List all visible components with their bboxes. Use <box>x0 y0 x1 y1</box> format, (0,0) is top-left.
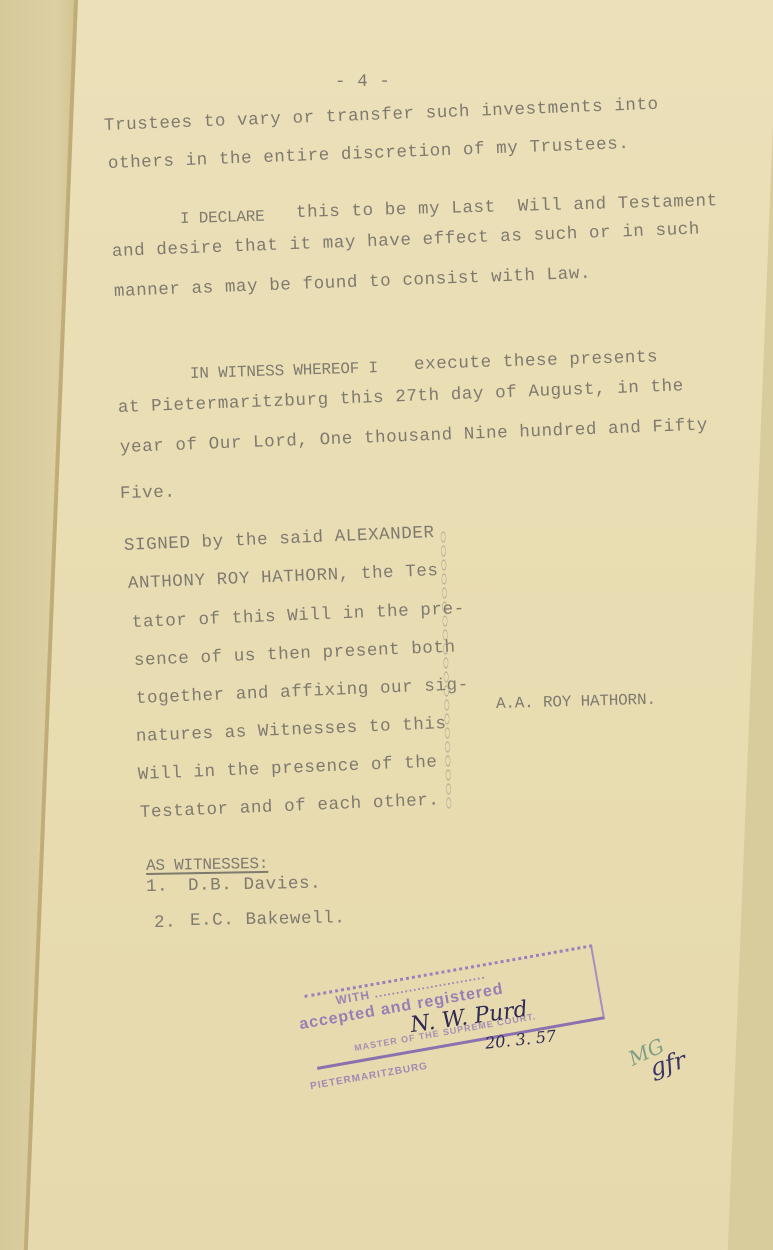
attestation-line: together and affixing our sig- <box>136 675 470 709</box>
attestation-line: tator of this Will in the pre- <box>132 599 466 633</box>
testator-signature: A.A. ROY HATHORN. <box>496 691 656 713</box>
document-content: - 4 - Trustees to vary or transfer such … <box>0 0 773 1250</box>
brace-chain-divider <box>436 530 456 810</box>
declaration-lead: I DECLARE <box>180 208 265 228</box>
attestation-line: ANTHONY ROY HATHORN, the Tes <box>128 561 439 594</box>
witness-2-number: 2. <box>154 913 177 933</box>
witness-clause-lead: IN WITNESS WHEREOF I <box>190 359 379 383</box>
body-line: Five. <box>120 483 176 504</box>
body-line: year of Our Lord, One thousand Nine hund… <box>120 415 709 458</box>
witnesses-heading: AS WITNESSES: <box>146 855 269 875</box>
body-line: manner as may be found to consist with L… <box>114 264 592 302</box>
witness-1-name: D.B. Davies. <box>188 874 322 896</box>
body-line: others in the entire discretion of my Tr… <box>108 134 630 174</box>
body-line: execute these presents <box>414 347 659 375</box>
body-line: this to be my Last Will and Testament <box>296 191 718 223</box>
attestation-line: natures as Witnesses to this <box>136 714 447 747</box>
page-number: - 4 - <box>335 72 391 92</box>
body-line: Trustees to vary or transfer such invest… <box>104 95 659 136</box>
witness-2-name: E.C. Bakewell. <box>190 908 346 931</box>
attestation-line: sence of us then present both <box>134 638 457 671</box>
witness-1-number: 1. <box>146 877 169 897</box>
attestation-line: Will in the presence of the <box>138 752 438 785</box>
attestation-line: Testator and of each other. <box>140 790 440 823</box>
attestation-line: SIGNED by the said ALEXANDER <box>124 523 435 556</box>
